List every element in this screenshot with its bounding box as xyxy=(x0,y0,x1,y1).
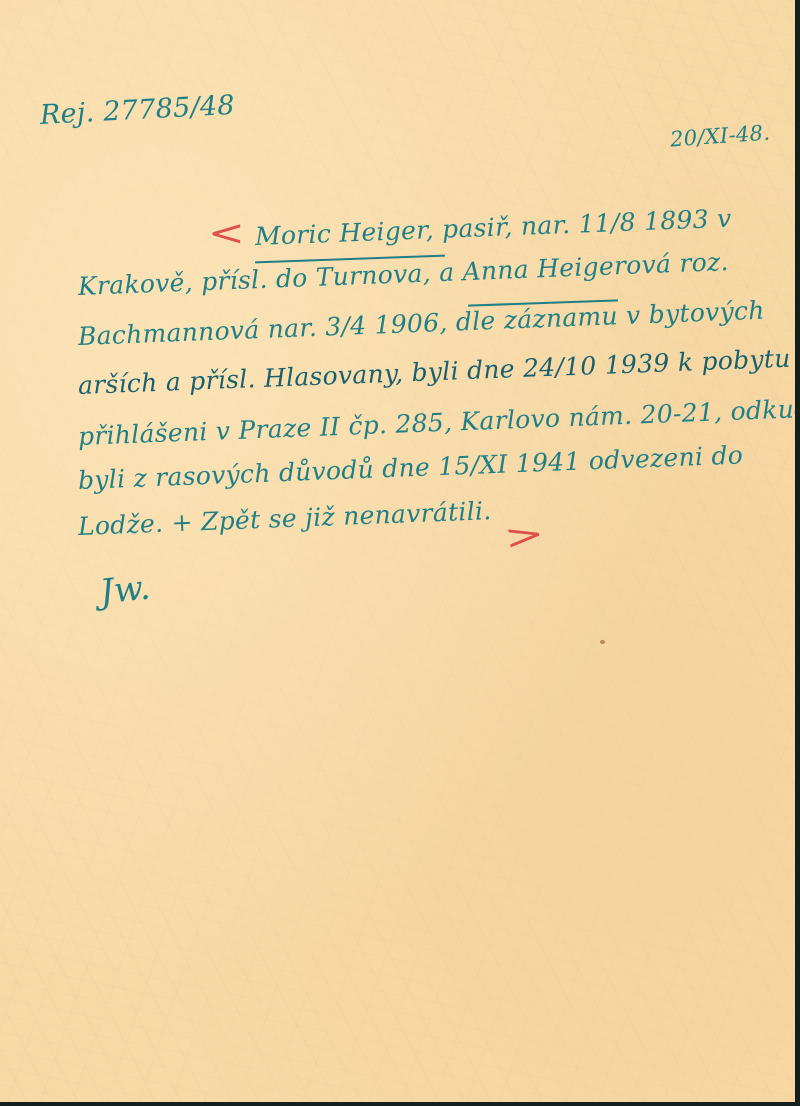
document-page: Rej. 27785/48 20/XI-48. < Moric Heiger, … xyxy=(0,0,795,1102)
document-date: 20/XI-48. xyxy=(669,121,771,152)
body-line-7: Lodže. + Zpět se již nenavrátili. xyxy=(77,496,492,541)
scan-border-bottom xyxy=(0,1102,800,1106)
body-line-1: Moric Heiger, pasiř, nar. 11/8 1893 v xyxy=(254,204,732,251)
body-line-3: Bachmannová nar. 3/4 1906, dle záznamu v… xyxy=(77,296,765,351)
body-line-4: arších a přísl. Hlasovany, byli dne 24/1… xyxy=(77,344,791,400)
reference-number: Rej. 27785/48 xyxy=(39,90,235,131)
paper-stain xyxy=(600,640,605,644)
signature-initials: Jw. xyxy=(98,567,152,612)
red-close-bracket-mark: > xyxy=(502,513,547,558)
scan-border-right xyxy=(795,0,800,1106)
body-line-6: byli z rasových důvodů dne 15/XI 1941 od… xyxy=(77,440,743,495)
red-open-bracket-mark: < xyxy=(208,213,245,254)
